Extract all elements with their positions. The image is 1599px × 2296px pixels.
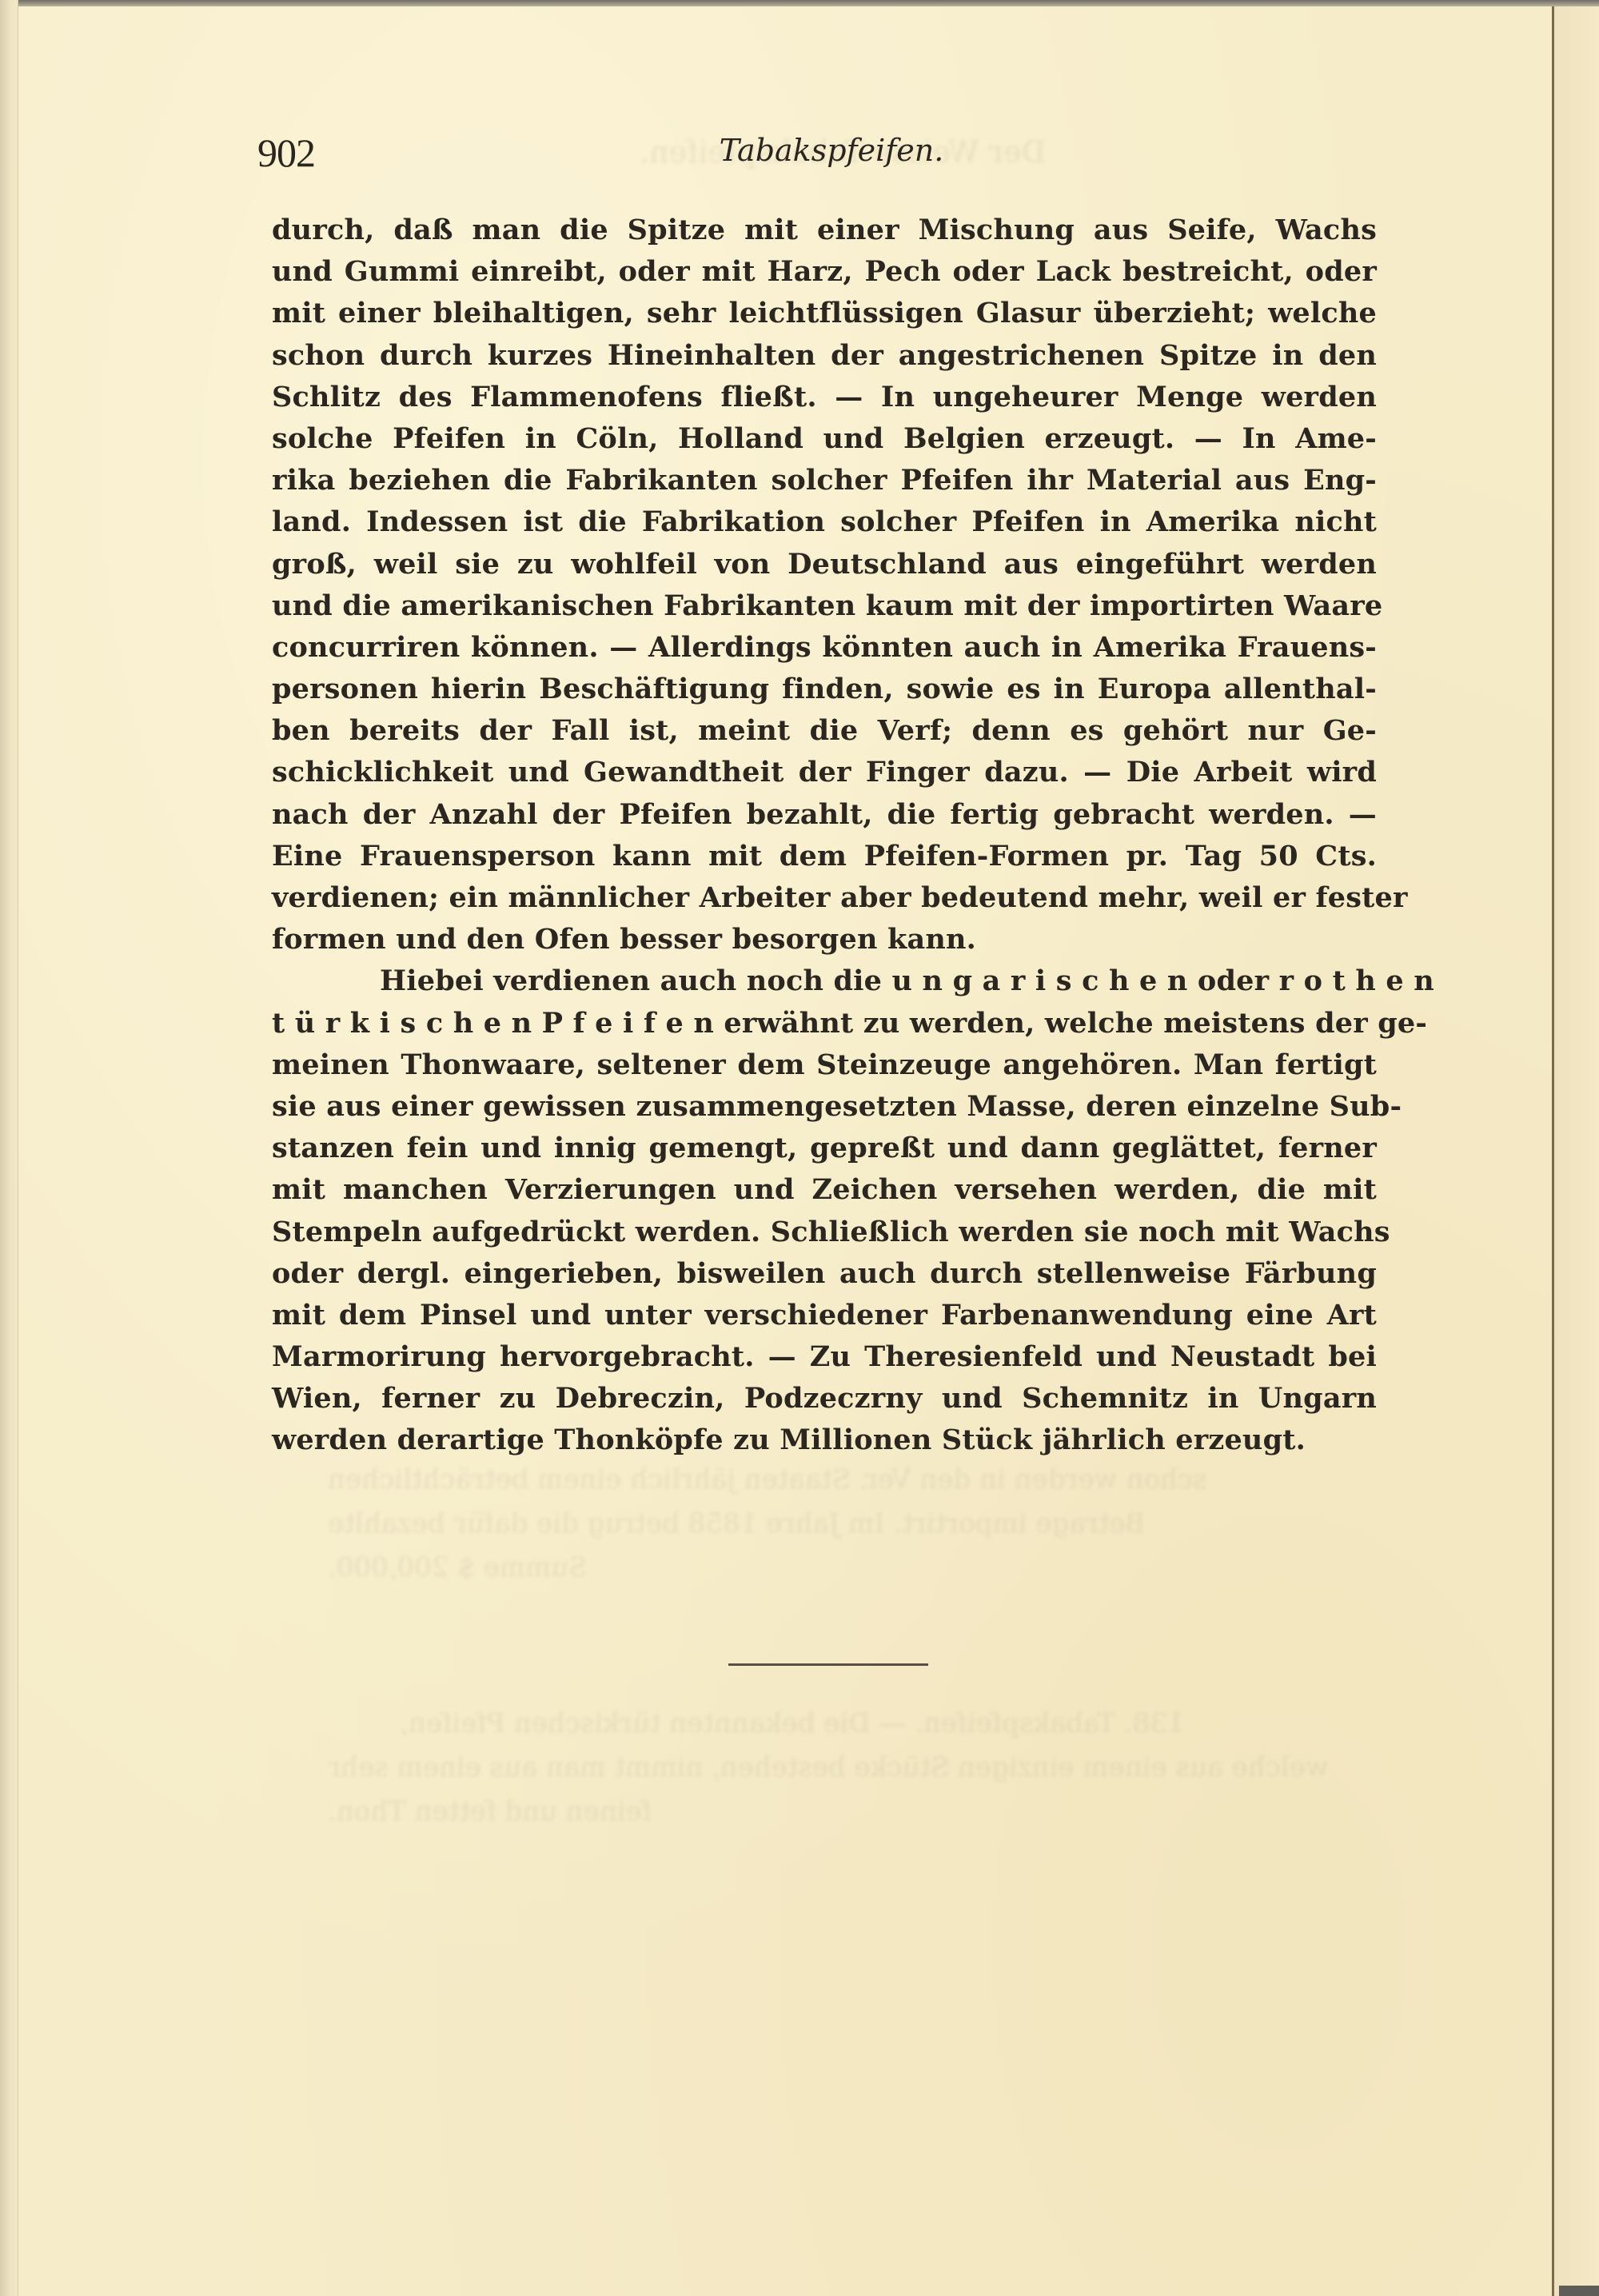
text-line: t ü r k i s c h e n P f e i f e n erwähn… <box>272 1003 1377 1044</box>
text-line: land. Indessen ist die Fabrikation solch… <box>272 501 1377 543</box>
text-line: Eine Frauensperson kann mit dem Pfeifen-… <box>272 836 1377 877</box>
text-line: stanzen fein und innig gemengt, gepreßt … <box>272 1128 1377 1169</box>
text-line: schicklichkeit und Gewandtheit der Finge… <box>272 752 1377 793</box>
text-line: mit einer bleihaltigen, sehr leichtflüss… <box>272 293 1377 334</box>
text-line: und die amerikanischen Fabrikanten kaum … <box>272 585 1377 627</box>
text-line: meinen Thonwaare, seltener dem Steinzeug… <box>272 1044 1377 1086</box>
bleed-through-line: schon werden in den Ver. Staaten jährlic… <box>328 1463 1206 1495</box>
text-line: Hiebei verdienen auch noch die u n g a r… <box>272 960 1377 1002</box>
text-line: mit manchen Verzierungen und Zeichen ver… <box>272 1169 1377 1211</box>
text-line: schon durch kurzes Hineinhalten der ange… <box>272 335 1377 377</box>
running-head: Tabakspfeifen. <box>0 133 1599 168</box>
bleed-through-line: feinen und fetten Thon. <box>328 1795 652 1827</box>
page-gutter-line <box>1552 6 1554 2296</box>
text-line: durch, daß man die Spitze mit einer Misc… <box>272 210 1377 251</box>
bleed-through-line: Betrage importirt. Im Jahre 1858 betrug … <box>328 1507 1146 1539</box>
body-text: durch, daß man die Spitze mit einer Misc… <box>272 210 1377 1462</box>
book-page: Der Weisse Tabakspfeifen. schon werden i… <box>0 0 1599 2296</box>
text-line: concurriren können. — Allerdings könnten… <box>272 627 1377 669</box>
text-line: und Gummi einreibt, oder mit Harz, Pech … <box>272 251 1377 293</box>
next-page-edge <box>1554 6 1599 2296</box>
text-line: rika beziehen die Fabrikanten solcher Pf… <box>272 460 1377 501</box>
text-line: Stempeln aufgedrückt werden. Schließlich… <box>272 1212 1377 1253</box>
text-line: personen hierin Beschäftigung finden, so… <box>272 669 1377 710</box>
text-line: ben bereits der Fall ist, meint die Verf… <box>272 710 1377 752</box>
text-line: groß, weil sie zu wohlfeil von Deutschla… <box>272 544 1377 585</box>
text-line: solche Pfeifen in Cöln, Holland und Belg… <box>272 418 1377 460</box>
text-line: Wien, ferner zu Debreczin, Podzeczrny un… <box>272 1378 1377 1420</box>
page-left-edge <box>0 0 18 2296</box>
text-line: oder dergl. eingerieben, bisweilen auch … <box>272 1253 1377 1295</box>
page-header: 902 Tabakspfeifen. <box>0 0 1599 208</box>
text-line: sie aus einer gewissen zusammengesetzten… <box>272 1086 1377 1128</box>
paragraph-2: Hiebei verdienen auch noch die u n g a r… <box>272 960 1377 1461</box>
text-line: verdienen; ein männlicher Arbeiter aber … <box>272 877 1377 919</box>
bleed-through-line: Summe $ 200,000. <box>328 1551 587 1583</box>
paragraph-1: durch, daß man die Spitze mit einer Misc… <box>272 210 1377 960</box>
scan-bottom-corner <box>1559 2286 1599 2296</box>
text-line: Schlitz des Flammenofens fließt. — In un… <box>272 377 1377 418</box>
text-line: Marmorirung hervorgebracht. — Zu Theresi… <box>272 1336 1377 1378</box>
text-line: werden derartige Thonköpfe zu Millionen … <box>272 1420 1377 1461</box>
text-line: formen und den Ofen besser besorgen kann… <box>272 919 1377 960</box>
text-line: mit dem Pinsel und unter verschiedener F… <box>272 1295 1377 1336</box>
section-divider-rule <box>728 1663 928 1666</box>
bleed-through-line: welche aus einem einzigen Stücke bestehe… <box>328 1751 1329 1783</box>
bleed-through-line: 138. Tabakspfeifen. — Die bekannten türk… <box>400 1707 1185 1739</box>
text-line: nach der Anzahl der Pfeifen bezahlt, die… <box>272 794 1377 836</box>
